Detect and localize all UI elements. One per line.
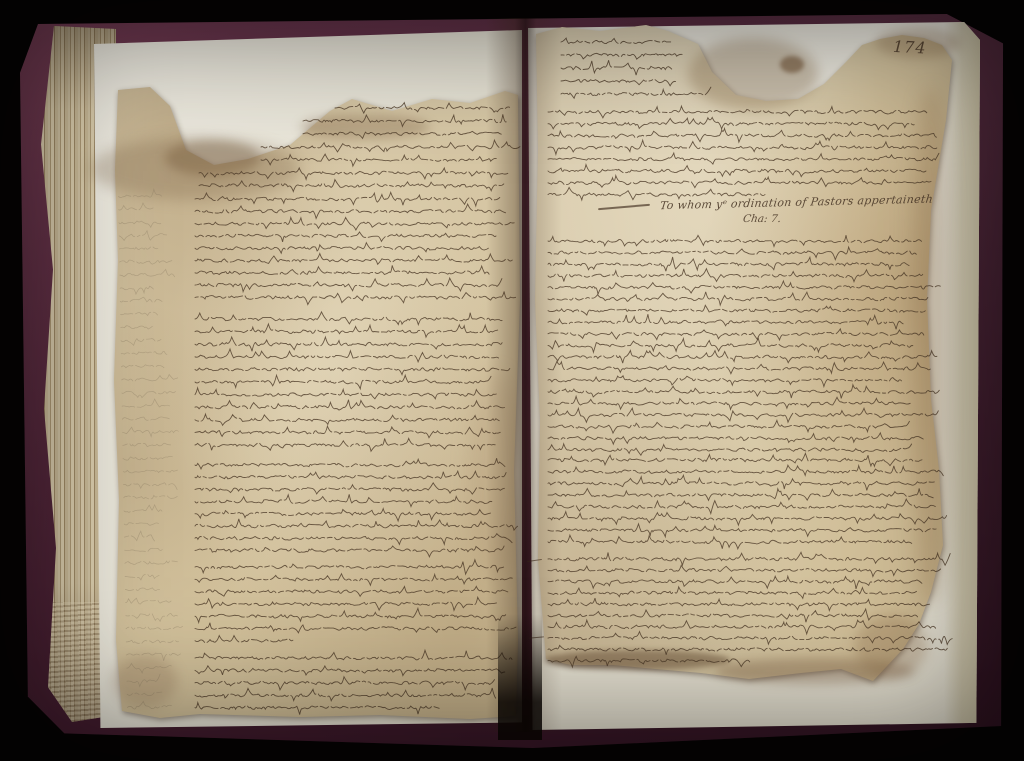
gutter-bottom-shadow — [498, 614, 542, 740]
handwriting-block-right-para-3 — [545, 452, 951, 560]
handwriting-block-left-para-4 — [192, 559, 522, 660]
handwriting-block-left-para-3 — [192, 457, 522, 569]
handwriting-block-right-para-2 — [545, 233, 945, 468]
handwriting-block-right-note — [558, 34, 716, 113]
handwriting-block-left-para-5 — [192, 650, 522, 726]
handwriting-block-left-marginalia — [115, 187, 190, 726]
handwriting-block-right-para-4 — [545, 551, 955, 678]
folio-number: 174 — [893, 37, 938, 58]
handwriting-block-left-para-2 — [192, 311, 522, 464]
photograph-open-manuscript-book: 174 To whom yᵉ ordination of Pastors app… — [0, 0, 1024, 761]
chapter-number-label: Cha: 7. — [701, 213, 823, 225]
handwriting-block-left-para-1 — [192, 191, 522, 316]
